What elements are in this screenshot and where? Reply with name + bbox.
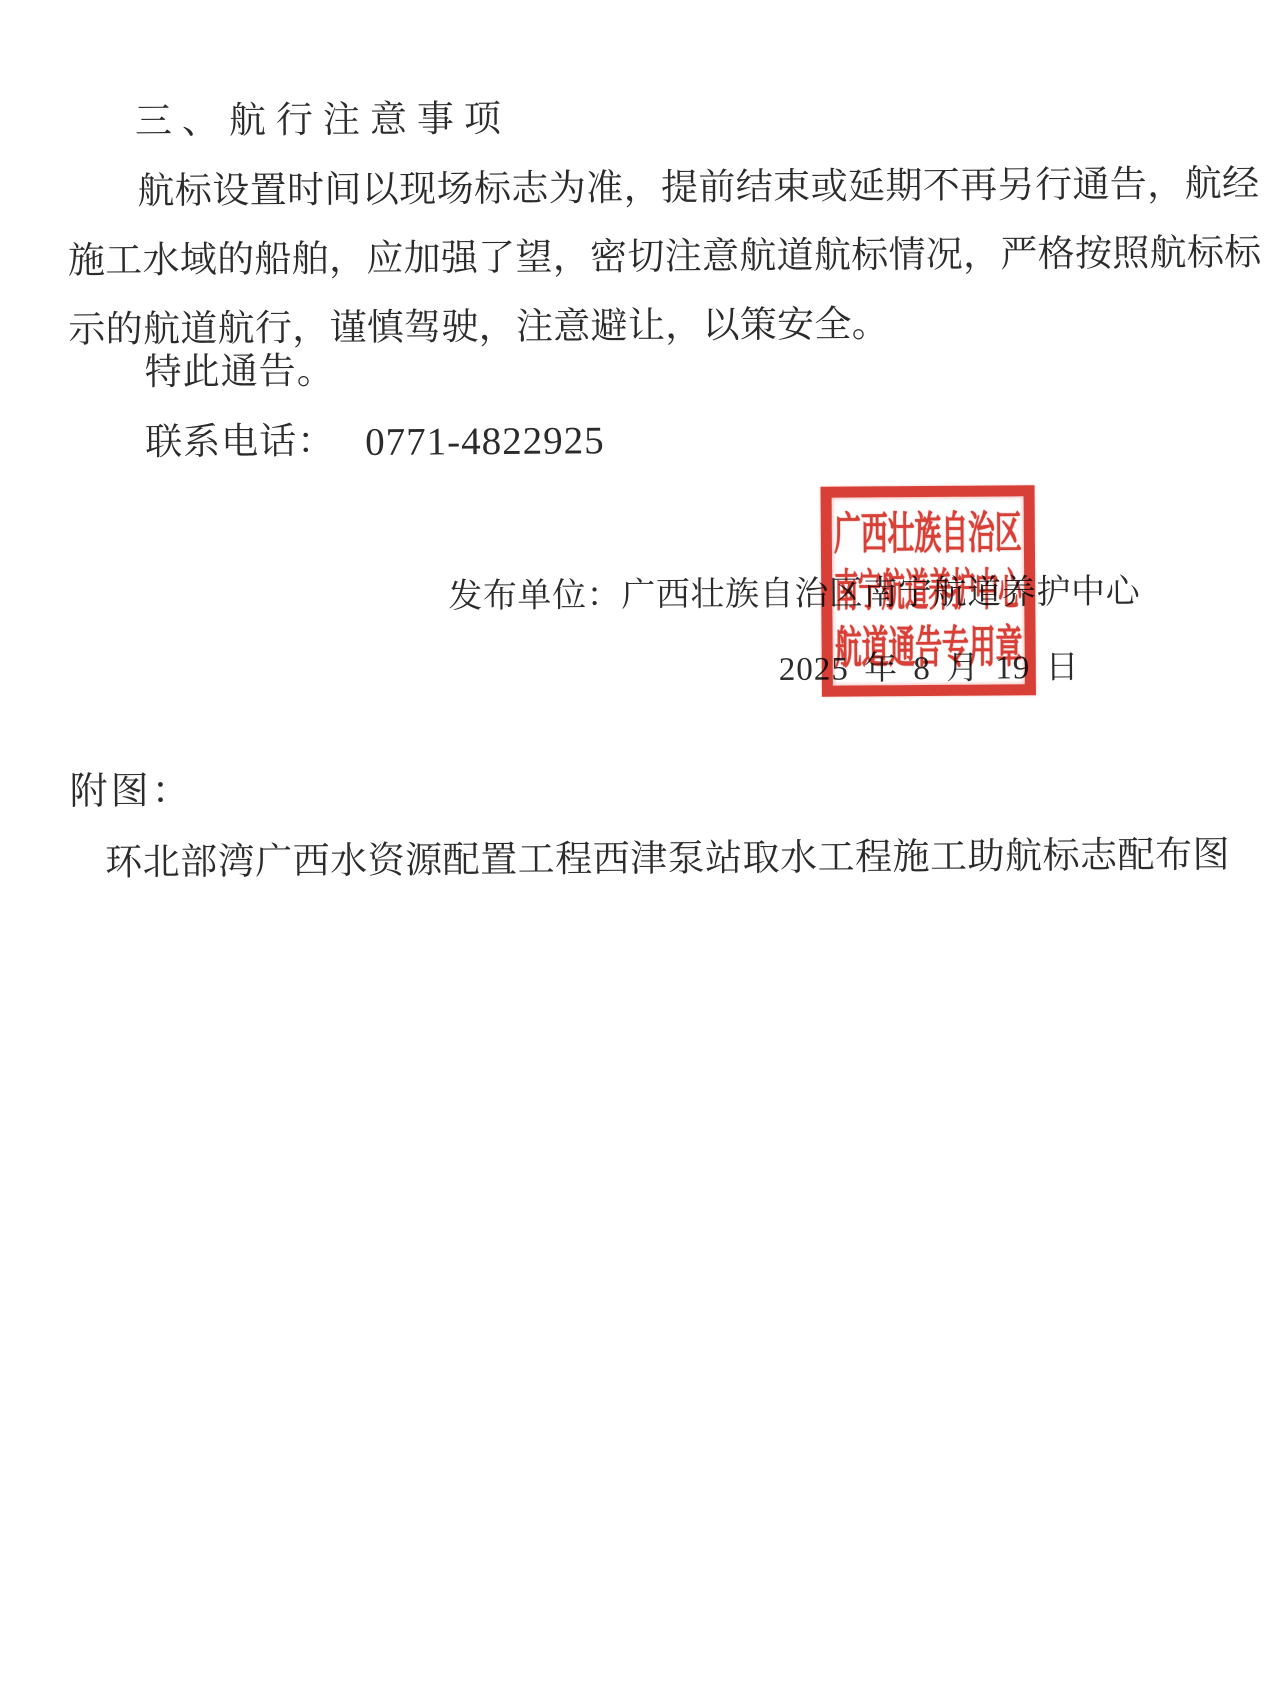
paragraph-line-2: 施工水域的船舶，应加强了望，密切注意航道航标情况，严格按照航标标 (68, 233, 1262, 283)
section-heading: 三、航行注意事项 (135, 99, 511, 143)
attachment-label: 附图： (69, 770, 192, 813)
seal-line-region: 广西壮族自治区 (834, 511, 1022, 557)
paragraph-line-3: 示的航道航行，谨慎驾驶，注意避让，以策安全。 (68, 304, 889, 351)
seal-line-organization: 南宁航道养护中心 (834, 568, 1022, 614)
contact-phone-number: 0771-4822925 (365, 419, 605, 464)
official-seal: 广西壮族自治区 南宁航道养护中心 航道通告专用章 (821, 485, 1036, 696)
scanned-notice-page: 三、航行注意事项 航标设置时间以现场标志为准，提前结束或延期不再另行通告，航经 … (0, 0, 1279, 1688)
attachment-caption: 环北部湾广西水资源配置工程西津泵站取水工程施工助航标志配布图 (105, 835, 1230, 884)
issuer-line: 发布单位：广西壮族自治区南宁航道养护中心 (448, 573, 1140, 616)
contact-phone-label: 联系电话： (145, 421, 335, 464)
closing-note: 特此通告。 (145, 351, 335, 394)
seal-line-purpose: 航道通告专用章 (835, 625, 1023, 671)
paragraph-line-1: 航标设置时间以现场标志为准，提前结束或延期不再另行通告，航经 (137, 164, 1259, 213)
